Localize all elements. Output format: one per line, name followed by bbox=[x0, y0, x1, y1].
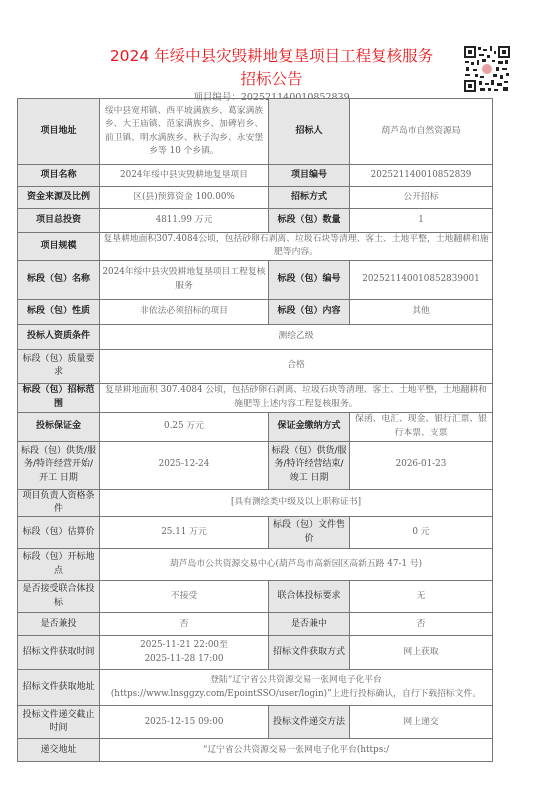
label-end-date: 标段（包）供货/服务/特许经营结束/竣工 日期 bbox=[269, 441, 350, 489]
label-qualification: 投标人资质条件 bbox=[18, 324, 100, 349]
label-lot-content: 标段（包）内容 bbox=[269, 299, 350, 324]
label-doc-price: 标段（包）文件售价 bbox=[269, 517, 350, 549]
table-row: 标段（包）性质 非依法必须招标的项目 标段（包）内容 其他 bbox=[18, 299, 493, 324]
label-multi-win: 是否兼中 bbox=[269, 613, 350, 636]
value-doc-time: 2025-11-21 22:00至2025-11-28 17:00 bbox=[100, 636, 269, 670]
value-deposit: 0.25 万元 bbox=[100, 412, 269, 441]
label-multi-bid: 是否兼投 bbox=[18, 613, 100, 636]
label-deposit: 投标保证金 bbox=[18, 412, 100, 441]
label-estimate: 标段（包）估算价 bbox=[18, 517, 100, 549]
value-lot-number: 202521140010852839001 bbox=[350, 260, 493, 299]
value-address: 绥中县宽邦镇、西平坡满族乡、葛家满族乡、大王庙镇、范家满族乡、加碑岩乡、前卫镇、… bbox=[100, 99, 269, 165]
label-start-date: 标段（包）供货/服务/特许经营开始/开工 日期 bbox=[18, 441, 100, 489]
value-multi-bid: 否 bbox=[100, 613, 269, 636]
label-doc-method: 招标文件获取方式 bbox=[269, 636, 350, 670]
value-opening-location: 葫芦岛市公共资源交易中心(葫芦岛市高新园区高新五路 47-1 号) bbox=[100, 549, 493, 581]
label-lot-nature: 标段（包）性质 bbox=[18, 299, 100, 324]
label-doc-address: 招标文件获取地址 bbox=[18, 670, 100, 706]
value-qualification: 测绘乙级 bbox=[100, 324, 493, 349]
doc-time-start: 2025-11-21 22:00至 bbox=[102, 639, 266, 652]
value-fund-source: 区(县)预算资金 100.00% bbox=[100, 187, 269, 209]
doc-time-end: 2025-11-28 17:00 bbox=[102, 653, 266, 666]
table-row: 招标文件获取地址 登陆“辽宁省公共资源交易一张网电子化平台(https://ww… bbox=[18, 670, 493, 706]
value-quality: 合格 bbox=[100, 349, 493, 383]
label-lot-number: 标段（包）编号 bbox=[269, 260, 350, 299]
value-project-scale: 复垦耕地面积307.4084公顷，包括砂卵石剥离、垃圾石块等清理、客土、土地平整… bbox=[100, 233, 493, 261]
table-row: 标段（包）招标范围 复垦耕地面积 307.4084 公顷，包括砂卵石剥离、垃圾石… bbox=[18, 383, 493, 412]
label-total-investment: 项目总投资 bbox=[18, 209, 100, 233]
label-address: 项目地址 bbox=[18, 99, 100, 165]
table-row: 标段（包）名称 2024年绥中县灾毁耕地复垦项目工程复核服务 标段（包）编号 2… bbox=[18, 260, 493, 299]
table-row: 项目名称 2024年绥中县灾毁耕地复垦项目 项目编号 2025211400108… bbox=[18, 165, 493, 187]
value-bid-method: 公开招标 bbox=[350, 187, 493, 209]
table-row: 标段（包）估算价 25.11 万元 标段（包）文件售价 0 元 bbox=[18, 517, 493, 549]
notice-table: 项目地址 绥中县宽邦镇、西平坡满族乡、葛家满族乡、大王庙镇、范家满族乡、加碑岩乡… bbox=[17, 98, 493, 762]
value-submit-method: 网上递交 bbox=[350, 706, 493, 739]
label-fund-source: 资金来源及比例 bbox=[18, 187, 100, 209]
label-project-name: 项目名称 bbox=[18, 165, 100, 187]
label-opening-location: 标段（包）开标地点 bbox=[18, 549, 100, 581]
value-lot-nature: 非依法必须招标的项目 bbox=[100, 299, 269, 324]
value-lot-name: 2024年绥中县灾毁耕地复垦项目工程复核服务 bbox=[100, 260, 269, 299]
value-submit-address: “辽宁省公共资源交易一张网电子化平台(https:/ bbox=[100, 739, 493, 762]
table-row: 投标文件递交截止时间 2025-12-15 09:00 投标文件递交方法 网上递… bbox=[18, 706, 493, 739]
value-doc-address[interactable]: 登陆“辽宁省公共资源交易一张网电子化平台(https://www.lnsggzy… bbox=[100, 670, 493, 706]
label-tenderer: 招标人 bbox=[269, 99, 350, 165]
label-consortium-req: 联合体投标要求 bbox=[269, 581, 350, 613]
label-project-number: 项目编号 bbox=[269, 165, 350, 187]
table-row: 资金来源及比例 区(县)预算资金 100.00% 招标方式 公开招标 bbox=[18, 187, 493, 209]
value-total-investment: 4811.99 万元 bbox=[100, 209, 269, 233]
value-consortium: 不接受 bbox=[100, 581, 269, 613]
value-doc-method: 网上获取 bbox=[350, 636, 493, 670]
value-lot-content: 其他 bbox=[350, 299, 493, 324]
value-multi-win: 否 bbox=[350, 613, 493, 636]
notice-title-line2: 招标公告 bbox=[0, 68, 543, 90]
table-row: 标段（包）供货/服务/特许经营开始/开工 日期 2025-12-24 标段（包）… bbox=[18, 441, 493, 489]
table-row: 项目地址 绥中县宽邦镇、西平坡满族乡、葛家满族乡、大王庙镇、范家满族乡、加碑岩乡… bbox=[18, 99, 493, 165]
value-lot-count: 1 bbox=[350, 209, 493, 233]
table-row: 招标文件获取时间 2025-11-21 22:00至2025-11-28 17:… bbox=[18, 636, 493, 670]
value-manager-qualification: [具有测绘类中级及以上职称证书] bbox=[100, 489, 493, 517]
label-project-scale: 项目规模 bbox=[18, 233, 100, 261]
label-quality: 标段（包）质量要求 bbox=[18, 349, 100, 383]
table-row: 标段（包）开标地点 葫芦岛市公共资源交易中心(葫芦岛市高新园区高新五路 47-1… bbox=[18, 549, 493, 581]
value-project-name: 2024年绥中县灾毁耕地复垦项目 bbox=[100, 165, 269, 187]
value-scope: 复垦耕地面积 307.4084 公顷，包括砂卵石剥离、垃圾石块等清理、客土、土地… bbox=[100, 383, 493, 412]
table-row: 标段（包）质量要求 合格 bbox=[18, 349, 493, 383]
table-row: 投标保证金 0.25 万元 保证金缴纳方式 保函、电汇、现金、银行汇票、银行本票… bbox=[18, 412, 493, 441]
label-deposit-method: 保证金缴纳方式 bbox=[269, 412, 350, 441]
label-submit-address: 递交地址 bbox=[18, 739, 100, 762]
qr-code-icon bbox=[463, 45, 511, 93]
value-deadline: 2025-12-15 09:00 bbox=[100, 706, 269, 739]
value-tenderer: 葫芦岛市自然资源局 bbox=[350, 99, 493, 165]
table-row: 项目负责人资格条件 [具有测绘类中级及以上职称证书] bbox=[18, 489, 493, 517]
label-manager-qualification: 项目负责人资格条件 bbox=[18, 489, 100, 517]
table-row: 项目规模 复垦耕地面积307.4084公顷，包括砂卵石剥离、垃圾石块等清理、客土… bbox=[18, 233, 493, 261]
label-doc-time: 招标文件获取时间 bbox=[18, 636, 100, 670]
label-submit-method: 投标文件递交方法 bbox=[269, 706, 350, 739]
table-row: 项目总投资 4811.99 万元 标段（包）数量 1 bbox=[18, 209, 493, 233]
value-deposit-method: 保函、电汇、现金、银行汇票、银行本票、支票 bbox=[350, 412, 493, 441]
table-row: 递交地址 “辽宁省公共资源交易一张网电子化平台(https:/ bbox=[18, 739, 493, 762]
value-consortium-req: 无 bbox=[350, 581, 493, 613]
table-row: 投标人资质条件 测绘乙级 bbox=[18, 324, 493, 349]
table-row: 是否接受联合体投标 不接受 联合体投标要求 无 bbox=[18, 581, 493, 613]
label-lot-count: 标段（包）数量 bbox=[269, 209, 350, 233]
table-row: 是否兼投 否 是否兼中 否 bbox=[18, 613, 493, 636]
label-bid-method: 招标方式 bbox=[269, 187, 350, 209]
value-project-number: 202521140010852839 bbox=[350, 165, 493, 187]
value-end-date: 2026-01-23 bbox=[350, 441, 493, 489]
label-consortium: 是否接受联合体投标 bbox=[18, 581, 100, 613]
notice-title-line1: 2024 年绥中县灾毁耕地复垦项目工程复核服务 bbox=[0, 45, 543, 67]
value-start-date: 2025-12-24 bbox=[100, 441, 269, 489]
label-lot-name: 标段（包）名称 bbox=[18, 260, 100, 299]
value-estimate: 25.11 万元 bbox=[100, 517, 269, 549]
label-scope: 标段（包）招标范围 bbox=[18, 383, 100, 412]
value-doc-price: 0 元 bbox=[350, 517, 493, 549]
label-deadline: 投标文件递交截止时间 bbox=[18, 706, 100, 739]
